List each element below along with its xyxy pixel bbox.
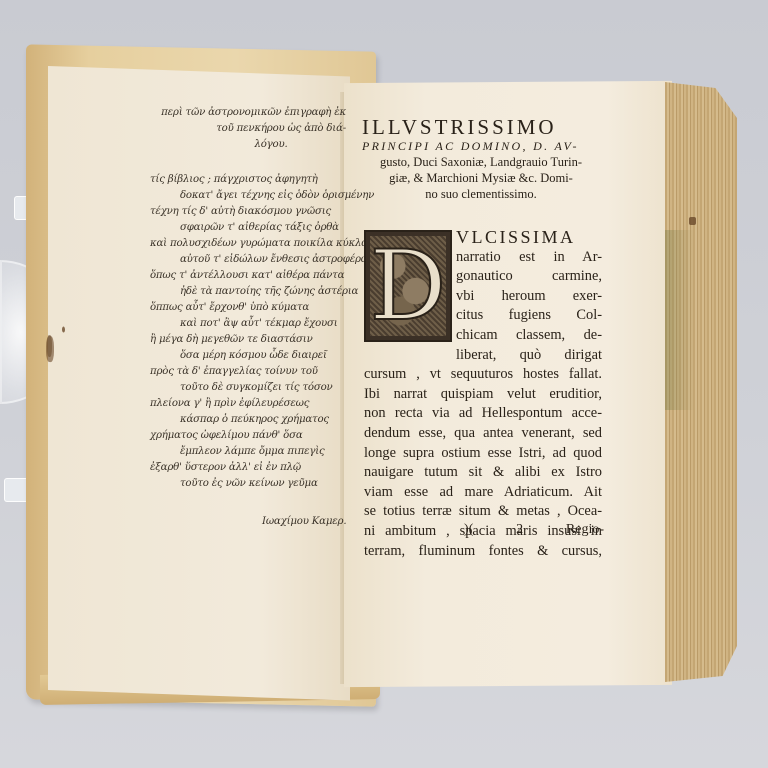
latin-line: gonautico carmine, [456,267,602,287]
greek-heading-line: περὶ τῶν ἀστρονομικῶν ἐπιγραφὴ ἐκ [156,105,346,121]
latin-text: VLCISSIMA narratio est in Ar- gonautico … [364,228,602,561]
greek-heading-line: λόγου. [156,137,346,153]
latin-line: chicam classem, de- [456,326,602,346]
greek-line: αὐτοῦ τ' εἰδώλων ἔνθεσις ἀστροφέρων [150,252,375,268]
greek-line: χρήματος ὠφελίμου πάνθ' ὅσα [150,428,375,444]
signature-mark: )( [464,522,473,538]
latin-line: Ibi narrat quispiam velut eruditior, [364,385,602,405]
greek-heading: περὶ τῶν ἀστρονομικῶν ἐπιγραφὴ ἐκ τοῦ πε… [156,105,346,153]
greek-signature: Ιωαχίμου Καμερ. [262,514,346,530]
greek-line: καὶ ποτ' ἂψ αὖτ' τέκμαρ ἔχουσι [150,316,375,332]
greek-line: καὶ πολυσχιδέων γυρώματα ποικίλα κύκλων [150,236,375,252]
greek-line: ὅπως τ' ἀντέλλουσι κατ' αἰθέρα πάντα [150,268,375,284]
dedication-title: ILLVSTRISSIMO [362,116,600,138]
greek-line: σφαιρῶν τ' αἰθερίας τάξις ὀρθὰ [150,220,375,236]
latin-line: citus fugiens Col- [456,306,602,326]
greek-line: πλείονα γ' ἢ πρὶν ἐφίλευρέσεως [150,396,375,412]
fore-edge-discoloration [665,230,695,410]
greek-line: ἢ μέγα δὴ μεγεθῶν τε διαστάσιν [150,332,375,348]
dedication-line: PRINCIPI AC DOMINO, D. AV- [362,138,600,154]
greek-line: ἐξαρθ' ὕστερον ἀλλ' εἰ ἐν πλῷ [150,460,375,476]
greek-line: τίς βίβλιος ; πάγχριστος ἀφηγητὴ [150,172,375,188]
greek-heading-line: τοῦ πενκήρου ὡς ἀπὸ διά- [156,121,346,137]
greek-line: ὅππως αὖτ' ἔρχονθ' ὑπὸ κύματα [150,300,375,316]
latin-line: non recta via ad Hellespontum acce- [364,404,602,424]
greek-line: ἔμπλεον λάμπε ὄμμα πιπεγὶς [150,444,375,460]
greek-line: τοῦτο ἐς νῶν κείνων γεῦμα [150,476,375,492]
greek-line: τοῦτο δὲ συγκομίζει τίς τόσον [150,380,375,396]
latin-line: viam esse ad mare Adriaticum. Ait [364,483,602,503]
greek-line: πρὸς τὰ δ' ἐπαγγελίας τοίνυν τοῦ [150,364,375,380]
photo-scene: περὶ τῶν ἀστρονομικῶν ἐπιγραφὴ ἐκ τοῦ πε… [0,0,768,768]
latin-line: dendum esse, qua antea venerant, sed [364,424,602,444]
dedication-line: gusto, Duci Saxoniæ, Landgrauio Turin- [362,154,600,170]
greek-poem: τίς βίβλιος ; πάγχριστος ἀφηγητὴ δοκατ' … [150,172,375,492]
signature-number: 2 [516,522,523,538]
catchword: Regio- [566,522,604,538]
greek-line: ἠδὲ τὰ παντοίης τῆς ζώνης ἀστέρια [150,284,375,300]
dedication-block: ILLVSTRISSIMO PRINCIPI AC DOMINO, D. AV-… [362,116,600,202]
greek-line: τέχνη τίς δ' αὐτὴ διακόσμου γνῶσις [150,204,375,220]
latin-line: cursum , vt sequuturos hostes fallat. [364,365,602,385]
latin-line: vbi heroum exer- [456,287,602,307]
latin-line: nauigare tutum sit & alibi ex Istro [364,463,602,483]
greek-line: ὅσα μέρη κόσμου ὧδε διαιρεῖ [150,348,375,364]
dedication-line: giæ, & Marchioni Mysiæ &c. Domi- [362,170,600,186]
fore-edge-spot [689,217,696,225]
latin-line: liberat, quò dirigat [456,346,602,366]
latin-line: narratio est in Ar- [456,248,602,268]
latin-line: VLCISSIMA [456,228,602,248]
spine-stain [47,335,52,357]
greek-line: δοκατ' ἄγει τέχνης εἰς ὁδὸν ὁρισμένην [150,188,375,204]
greek-line: κάσπαρ ὁ πεύκηρος χρήματος [150,412,375,428]
latin-line: se totius terræ situm & metas , Ocea- [364,502,602,522]
latin-line: longe supra ostium esse Istri, ad quod [364,444,602,464]
page-footer: )( 2 Regio- [464,522,604,538]
dedication-line: no suo clementissimo. [362,186,600,202]
latin-line: terram, fluminum fontes & cursus, [364,542,602,562]
stain [62,326,65,332]
